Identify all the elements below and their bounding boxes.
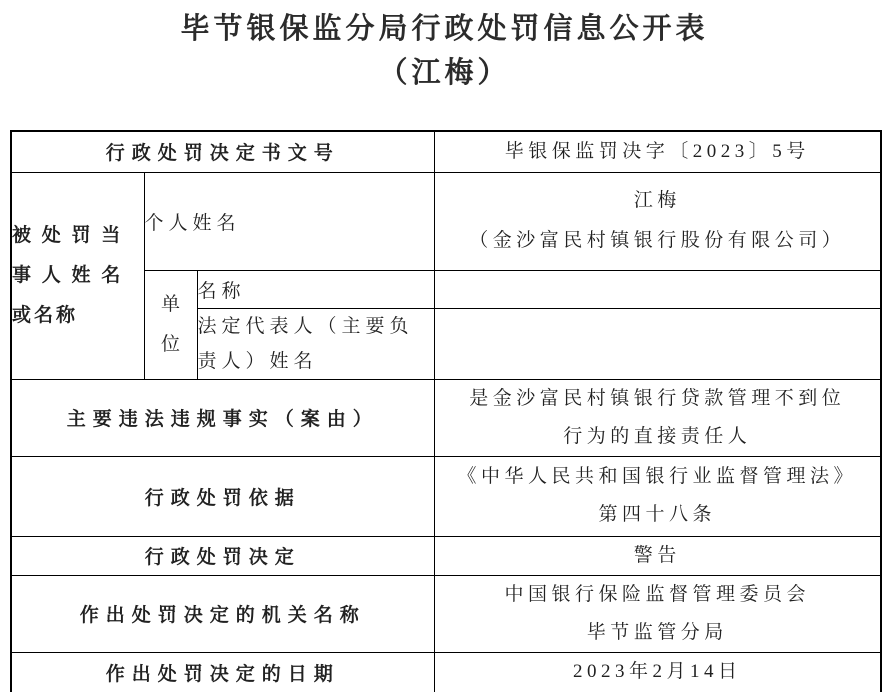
row-basis: 行政处罚依据 《中华人民共和国银行业监督管理法》 第四十八条 [11, 456, 881, 536]
facts-value: 是金沙富民村镇银行贷款管理不到位 行为的直接责任人 [434, 379, 881, 456]
basis-value: 《中华人民共和国银行业监督管理法》 第四十八条 [434, 456, 881, 536]
row-facts: 主要违法违规事实（案由） 是金沙富民村镇银行贷款管理不到位 行为的直接责任人 [11, 379, 881, 456]
row-date: 作出处罚决定的日期 2023年2月14日 [11, 652, 881, 692]
personal-name-value: 江梅 （金沙富民村镇银行股份有限公司） [434, 172, 881, 270]
date-label: 作出处罚决定的日期 [11, 652, 434, 692]
decision-label: 行政处罚决定 [11, 536, 434, 575]
row-decision: 行政处罚决定 警告 [11, 536, 881, 575]
unit-name-value [434, 270, 881, 308]
row-personal-name: 被 处 罚 当 事 人 姓 名 或名称 个人姓名 江梅 （金沙富民村镇银行股份有… [11, 172, 881, 270]
legal-rep-label: 法定代表人（主要负 责人）姓名 [197, 308, 434, 379]
authority-label: 作出处罚决定的机关名称 [11, 575, 434, 652]
unit-label: 单 位 [144, 270, 197, 379]
decision-value: 警告 [434, 536, 881, 575]
authority-value: 中国银行保险监督管理委员会 毕节监管分局 [434, 575, 881, 652]
row-decision-number: 行政处罚决定书文号 毕银保监罚决字〔2023〕5号 [11, 131, 881, 172]
basis-label: 行政处罚依据 [11, 456, 434, 536]
unit-name-label: 名称 [197, 270, 434, 308]
facts-label: 主要违法违规事实（案由） [11, 379, 434, 456]
document-page: 毕节银保监分局行政处罚信息公开表 （江梅） 行政处罚决定书文号 毕银保监罚决字〔… [0, 0, 889, 692]
legal-rep-value [434, 308, 881, 379]
party-group-label: 被 处 罚 当 事 人 姓 名 或名称 [11, 172, 144, 379]
decision-number-value: 毕银保监罚决字〔2023〕5号 [434, 131, 881, 172]
row-authority: 作出处罚决定的机关名称 中国银行保险监督管理委员会 毕节监管分局 [11, 575, 881, 652]
personal-name-label: 个人姓名 [144, 172, 434, 270]
page-title: 毕节银保监分局行政处罚信息公开表 [0, 0, 889, 48]
decision-number-label: 行政处罚决定书文号 [11, 131, 434, 172]
penalty-info-table: 行政处罚决定书文号 毕银保监罚决字〔2023〕5号 被 处 罚 当 事 人 姓 … [10, 130, 882, 692]
page-subtitle: （江梅） [0, 54, 889, 92]
date-value: 2023年2月14日 [434, 652, 881, 692]
